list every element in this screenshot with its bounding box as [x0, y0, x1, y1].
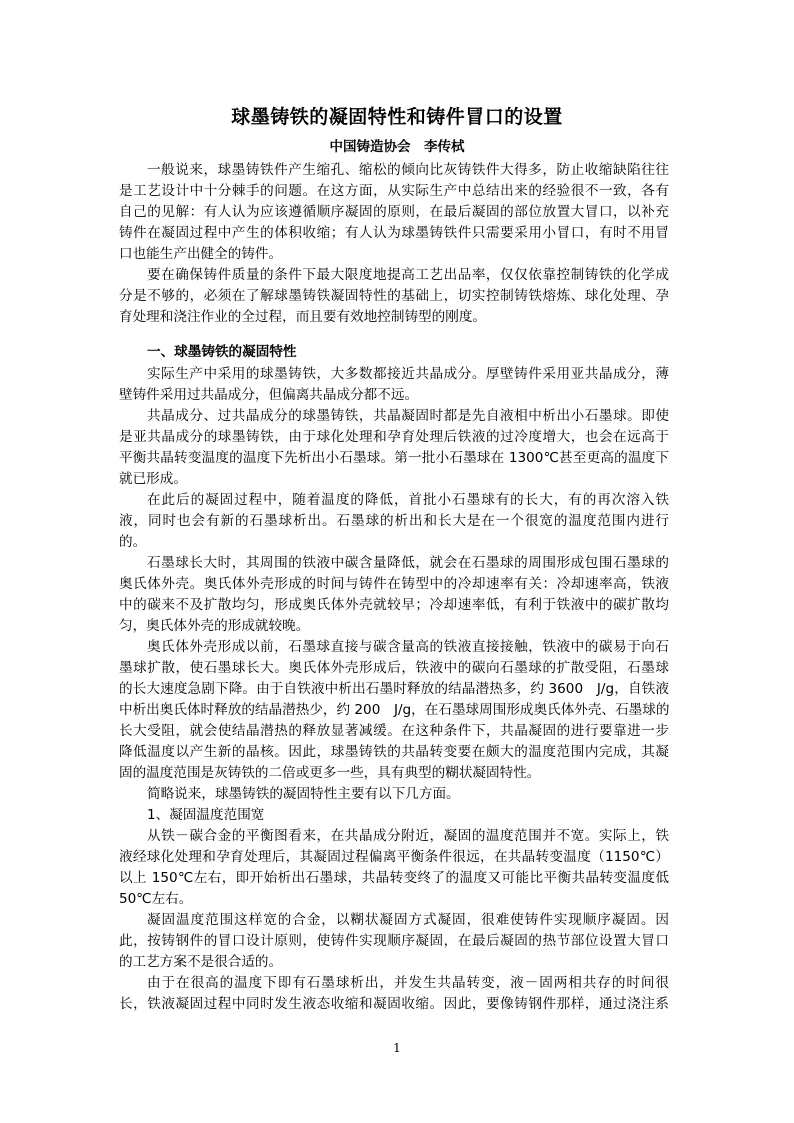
text-line: 凝固温度范围这样宽的合金，以糊状凝固方式凝固，很难使铸件实现顺序凝固。因 — [119, 910, 669, 931]
text-line: 长大受阻，就会使结晶潜热的释放显著减缓。在这种条件下，共晶凝固的进行要靠进一步 — [119, 721, 669, 742]
section-heading: 一、球墨铸铁的凝固特性 — [119, 342, 669, 364]
text-line: 长，铁液凝固过程中同时发生液态收缩和凝固收缩。因此，要像铸钢件那样，通过浇注系 — [119, 994, 669, 1015]
text-line: 墨球扩散，使石墨球长大。奥氏体外壳形成后，铁液中的碳向石墨球的扩散受阻，石墨球 — [119, 658, 669, 679]
document-author: 中国铸造协会 李传栻 — [0, 137, 794, 157]
text-line: 一般说来，球墨铸铁件产生缩孔、缩松的倾向比灰铸铁件大得多，防止收缩缺陷往往 — [119, 160, 669, 181]
text-line: 是工艺设计中十分棘手的问题。在这方面，从实际生产中总结出来的经验很不一致，各有 — [119, 181, 669, 202]
text-line: 实际生产中采用的球墨铸铁，大多数都接近共晶成分。厚壁铸件采用亚共晶成分，薄 — [119, 364, 669, 385]
text-line: 的长大速度急剧下降。由于自铁液中析出石墨时释放的结晶潜热多，约 3600 J/g… — [119, 679, 669, 700]
text-line: 50℃左右。 — [119, 889, 669, 910]
text-line: 自己的见解：有人认为应该遵循顺序凝固的原则，在最后凝固的部位放置大冒口，以补充 — [119, 202, 669, 223]
text-line: 中析出奥氏体时释放的结晶潜热少，约 200 J/g，在石墨球周围形成奥氏体外壳、… — [119, 700, 669, 721]
text-line: 分是不够的，必须在了解球墨铸铁凝固特性的基础上，切实控制铸铁熔炼、球化处理、孕 — [119, 286, 669, 307]
text-line: 是亚共晶成分的球墨铸铁，由于球化处理和孕育处理后铁液的过冷度增大，也会在远高于 — [119, 427, 669, 448]
text-line: 平衡共晶转变温度的温度下先析出小石墨球。第一批小石墨球在 1300℃甚至更高的温… — [119, 448, 669, 469]
text-line: 简略说来，球墨铸铁的凝固特性主要有以下几方面。 — [119, 784, 669, 805]
text-line: 的工艺方案不是很合适的。 — [119, 952, 669, 973]
text-line: 以上 150℃左右，即开始析出石墨球，共晶转变终了的温度又可能比平衡共晶转变温度… — [119, 868, 669, 889]
text-line: 液经球化处理和孕育处理后，其凝固过程偏离平衡条件很远，在共晶转变温度（1150℃… — [119, 847, 669, 868]
text-line: 液，同时也会有新的石墨球析出。石墨球的析出和长大是在一个很宽的温度范围内进行 — [119, 511, 669, 532]
text-line: 从铁－碳合金的平衡图看来，在共晶成分附近，凝固的温度范围并不宽。实际上，铁 — [119, 826, 669, 847]
text-line: 降低温度以产生新的晶核。因此，球墨铸铁的共晶转变要在颇大的温度范围内完成，其凝 — [119, 742, 669, 763]
text-line: 在此后的凝固过程中，随着温度的降低，首批小石墨球有的长大，有的再次溶入铁 — [119, 490, 669, 511]
text-line: 铸件在凝固过程中产生的体积收缩；有人认为球墨铸铁件只需要采用小冒口，有时不用冒 — [119, 223, 669, 244]
document-title: 球墨铸铁的凝固特性和铸件冒口的设置 — [0, 104, 794, 130]
text-line: 口也能生产出健全的铸件。 — [119, 244, 669, 265]
text-line: 壁铸件采用过共晶成分，但偏离共晶成分都不远。 — [119, 385, 669, 406]
text-line: 要在确保铸件质量的条件下最大限度地提高工艺出品率，仅仅依靠控制铸铁的化学成 — [119, 265, 669, 286]
text-line: 1、凝固温度范围宽 — [119, 805, 669, 826]
text-line: 匀，奥氏体外壳的形成就较晚。 — [119, 616, 669, 637]
text-line: 固的温度范围是灰铸铁的二倍或更多一些，具有典型的糊状凝固特性。 — [119, 763, 669, 784]
text-line: 奥氏体外壳形成以前，石墨球直接与碳含量高的铁液直接接触，铁液中的碳易于向石 — [119, 637, 669, 658]
text-line: 奥氏体外壳。奥氏体外壳形成的时间与铸件在铸型中的冷却速率有关：冷却速率高，铁液 — [119, 574, 669, 595]
text-line: 由于在很高的温度下即有石墨球析出，并发生共晶转变，液－固两相共存的时间很 — [119, 973, 669, 994]
text-line: 中的碳来不及扩散均匀，形成奥氏体外壳就较早；冷却速率低，有利于铁液中的碳扩散均 — [119, 595, 669, 616]
text-line: 的。 — [119, 532, 669, 553]
text-line: 共晶成分、过共晶成分的球墨铸铁，共晶凝固时都是先自液相中析出小石墨球。即使 — [119, 406, 669, 427]
document-body: 一般说来，球墨铸铁件产生缩孔、缩松的倾向比灰铸铁件大得多，防止收缩缺陷往往是工艺… — [119, 160, 669, 1015]
document-page: 球墨铸铁的凝固特性和铸件冒口的设置 中国铸造协会 李传栻 一般说来，球墨铸铁件产… — [0, 0, 794, 1123]
page-number: 1 — [0, 1041, 794, 1055]
text-line: 育处理和浇注作业的全过程，而且要有效地控制铸型的刚度。 — [119, 307, 669, 328]
text-line: 就已形成。 — [119, 469, 669, 490]
text-line: 石墨球长大时，其周围的铁液中碳含量降低，就会在石墨球的周围形成包围石墨球的 — [119, 553, 669, 574]
text-line: 此，按铸钢件的冒口设计原则，使铸件实现顺序凝固，在最后凝固的热节部位设置大冒口 — [119, 931, 669, 952]
